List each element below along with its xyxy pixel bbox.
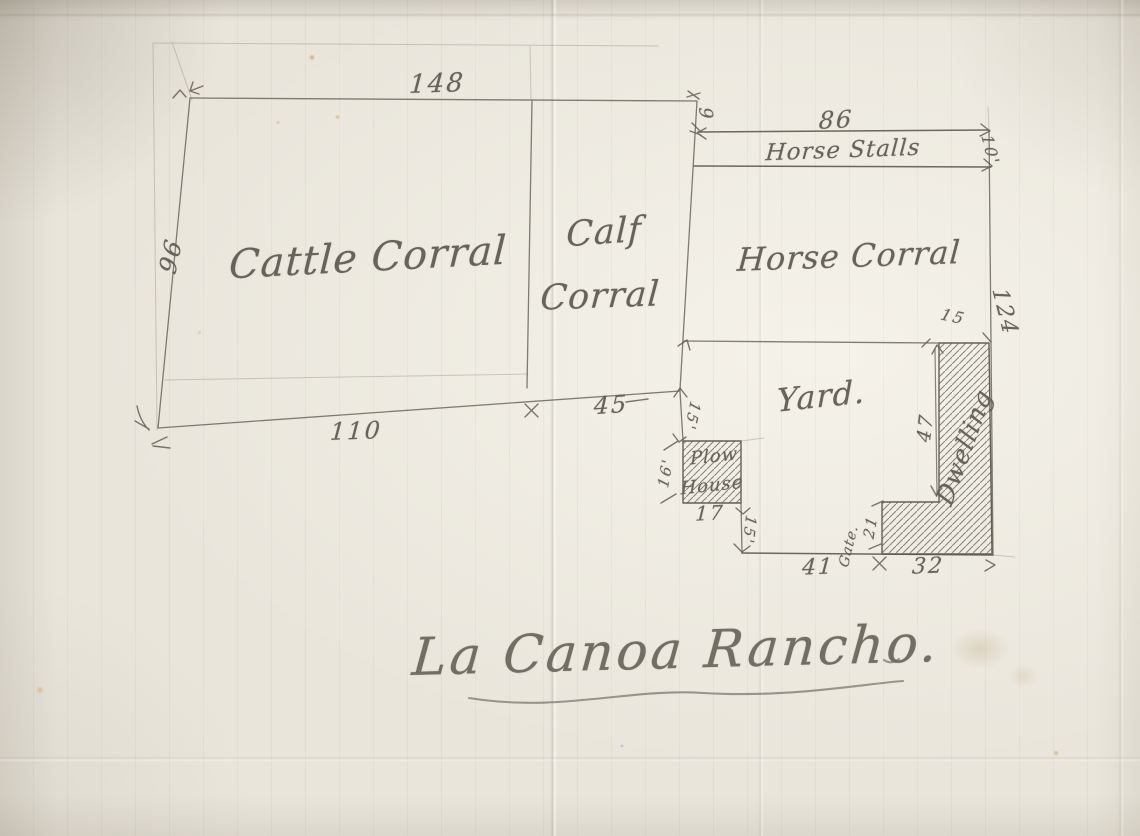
label-horse-stalls: Horse Stalls: [765, 137, 921, 165]
dim-calf-corral-bottom: 45: [593, 392, 628, 419]
dim-dwelling-north: 15: [939, 307, 968, 327]
page-title: La Canoa Rancho.: [410, 618, 941, 684]
dim-fence-west: 41: [801, 556, 835, 579]
label-plow-house-line1: Plow: [690, 445, 738, 468]
scanned-ranch-plan-sheet: 148 96 110 Cattle Corral Calf Corral 45 …: [0, 0, 1140, 836]
dim-cattle-corral-bottom: 110: [329, 418, 382, 444]
dim-calf-corral-offset: 9: [695, 107, 715, 121]
dim-cattle-corral-top: 148: [408, 70, 465, 98]
label-calf-corral-line2: Corral: [539, 277, 661, 316]
dim-horse-stalls-length: 86: [818, 107, 854, 133]
dim-plow-house-gap-north: 15': [682, 399, 702, 432]
calf-corral-divider: [527, 101, 532, 388]
dim-plow-house-width: 17: [695, 502, 725, 524]
label-yard: Yard.: [777, 375, 865, 416]
dim-dwelling-west-side: 47: [915, 412, 937, 444]
dim-dwelling-wing: 21: [862, 514, 881, 541]
dim-cattle-corral-left: 96: [156, 235, 186, 276]
dim-dwelling-south: 32: [911, 555, 945, 578]
label-calf-corral-line1: Calf: [566, 213, 643, 253]
label-horse-corral: Horse Corral: [736, 236, 962, 276]
dim-plow-house-gap-south: 15': [740, 514, 758, 546]
